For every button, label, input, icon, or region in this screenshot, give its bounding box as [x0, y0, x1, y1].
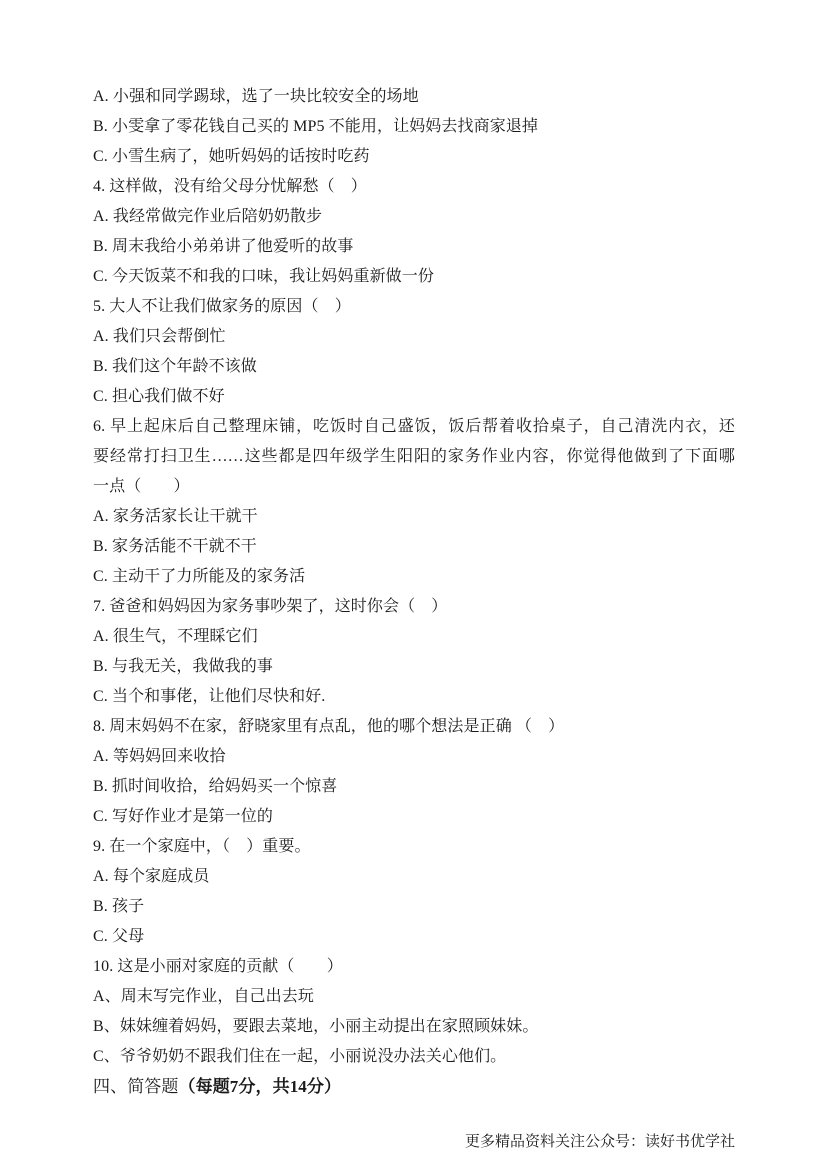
option: A. 每个家庭成员 — [93, 862, 735, 892]
option: A. 我们只会帮倒忙 — [93, 322, 735, 352]
option: C. 当个和事佬，让他们尽快和好. — [93, 682, 735, 712]
question: 8. 周末妈妈不在家，舒晓家里有点乱，他的哪个想法是正确 （ ） — [93, 712, 735, 742]
option: B. 小雯拿了零花钱自己买的 MP5 不能用，让妈妈去找商家退掉 — [93, 112, 735, 142]
option: B. 家务活能不干就不干 — [93, 532, 735, 562]
option: A. 家务活家长让干就干 — [93, 502, 735, 532]
option: C. 担心我们做不好 — [93, 382, 735, 412]
heading-title: 四、简答题 — [93, 1077, 179, 1096]
question: 5. 大人不让我们做家务的原因（ ） — [93, 292, 735, 322]
option: C. 今天饭菜不和我的口味，我让妈妈重新做一份 — [93, 262, 735, 292]
option: A、周末写完作业，自己出去玩 — [93, 982, 735, 1012]
option: B、妹妹缠着妈妈，要跟去菜地，小丽主动提出在家照顾妹妹。 — [93, 1012, 735, 1042]
option: C、爷爷奶奶不跟我们住在一起，小丽说没办法关心他们。 — [93, 1042, 735, 1072]
option: A. 我经常做完作业后陪奶奶散步 — [93, 202, 735, 232]
option: A. 很生气，不理睬它们 — [93, 622, 735, 652]
option: B. 抓时间收拾，给妈妈买一个惊喜 — [93, 772, 735, 802]
option: B. 孩子 — [93, 892, 735, 922]
exam-body: A. 小强和同学踢球，选了一块比较安全的场地B. 小雯拿了零花钱自己买的 MP5… — [93, 82, 735, 1102]
option: B. 我们这个年龄不该做 — [93, 352, 735, 382]
option: C. 写好作业才是第一位的 — [93, 802, 735, 832]
option: B. 与我无关，我做我的事 — [93, 652, 735, 682]
question: 10. 这是小丽对家庭的贡献（ ） — [93, 952, 735, 982]
question: 4. 这样做，没有给父母分忧解愁（ ） — [93, 172, 735, 202]
exam-page: A. 小强和同学踢球，选了一块比较安全的场地B. 小雯拿了零花钱自己买的 MP5… — [0, 0, 826, 1169]
question: 9. 在一个家庭中，（ ）重要。 — [93, 832, 735, 862]
question-continuation: 要经常打扫卫生……这些都是四年级学生阳阳的家务作业内容，你觉得他做到了下面哪 — [93, 442, 735, 472]
option: C. 主动干了力所能及的家务活 — [93, 562, 735, 592]
question: 6. 早上起床后自己整理床铺，吃饭时自己盛饭，饭后帮着收拾桌子，自己清洗内衣，还 — [93, 412, 735, 442]
question-continuation: 一点（ ） — [93, 472, 735, 502]
option: C. 父母 — [93, 922, 735, 952]
option: C. 小雪生病了，她听妈妈的话按时吃药 — [93, 142, 735, 172]
option: A. 等妈妈回来收拾 — [93, 742, 735, 772]
option: A. 小强和同学踢球，选了一块比较安全的场地 — [93, 82, 735, 112]
question: 7. 爸爸和妈妈因为家务事吵架了，这时你会（ ） — [93, 592, 735, 622]
section-heading: 四、简答题（每题7分，共14分） — [93, 1072, 735, 1102]
footer-promo-text: 更多精品资料关注公众号：读好书优学社 — [465, 1131, 735, 1153]
heading-score-note: （每题7分，共14分） — [179, 1077, 342, 1096]
option: B. 周末我给小弟弟讲了他爱听的故事 — [93, 232, 735, 262]
